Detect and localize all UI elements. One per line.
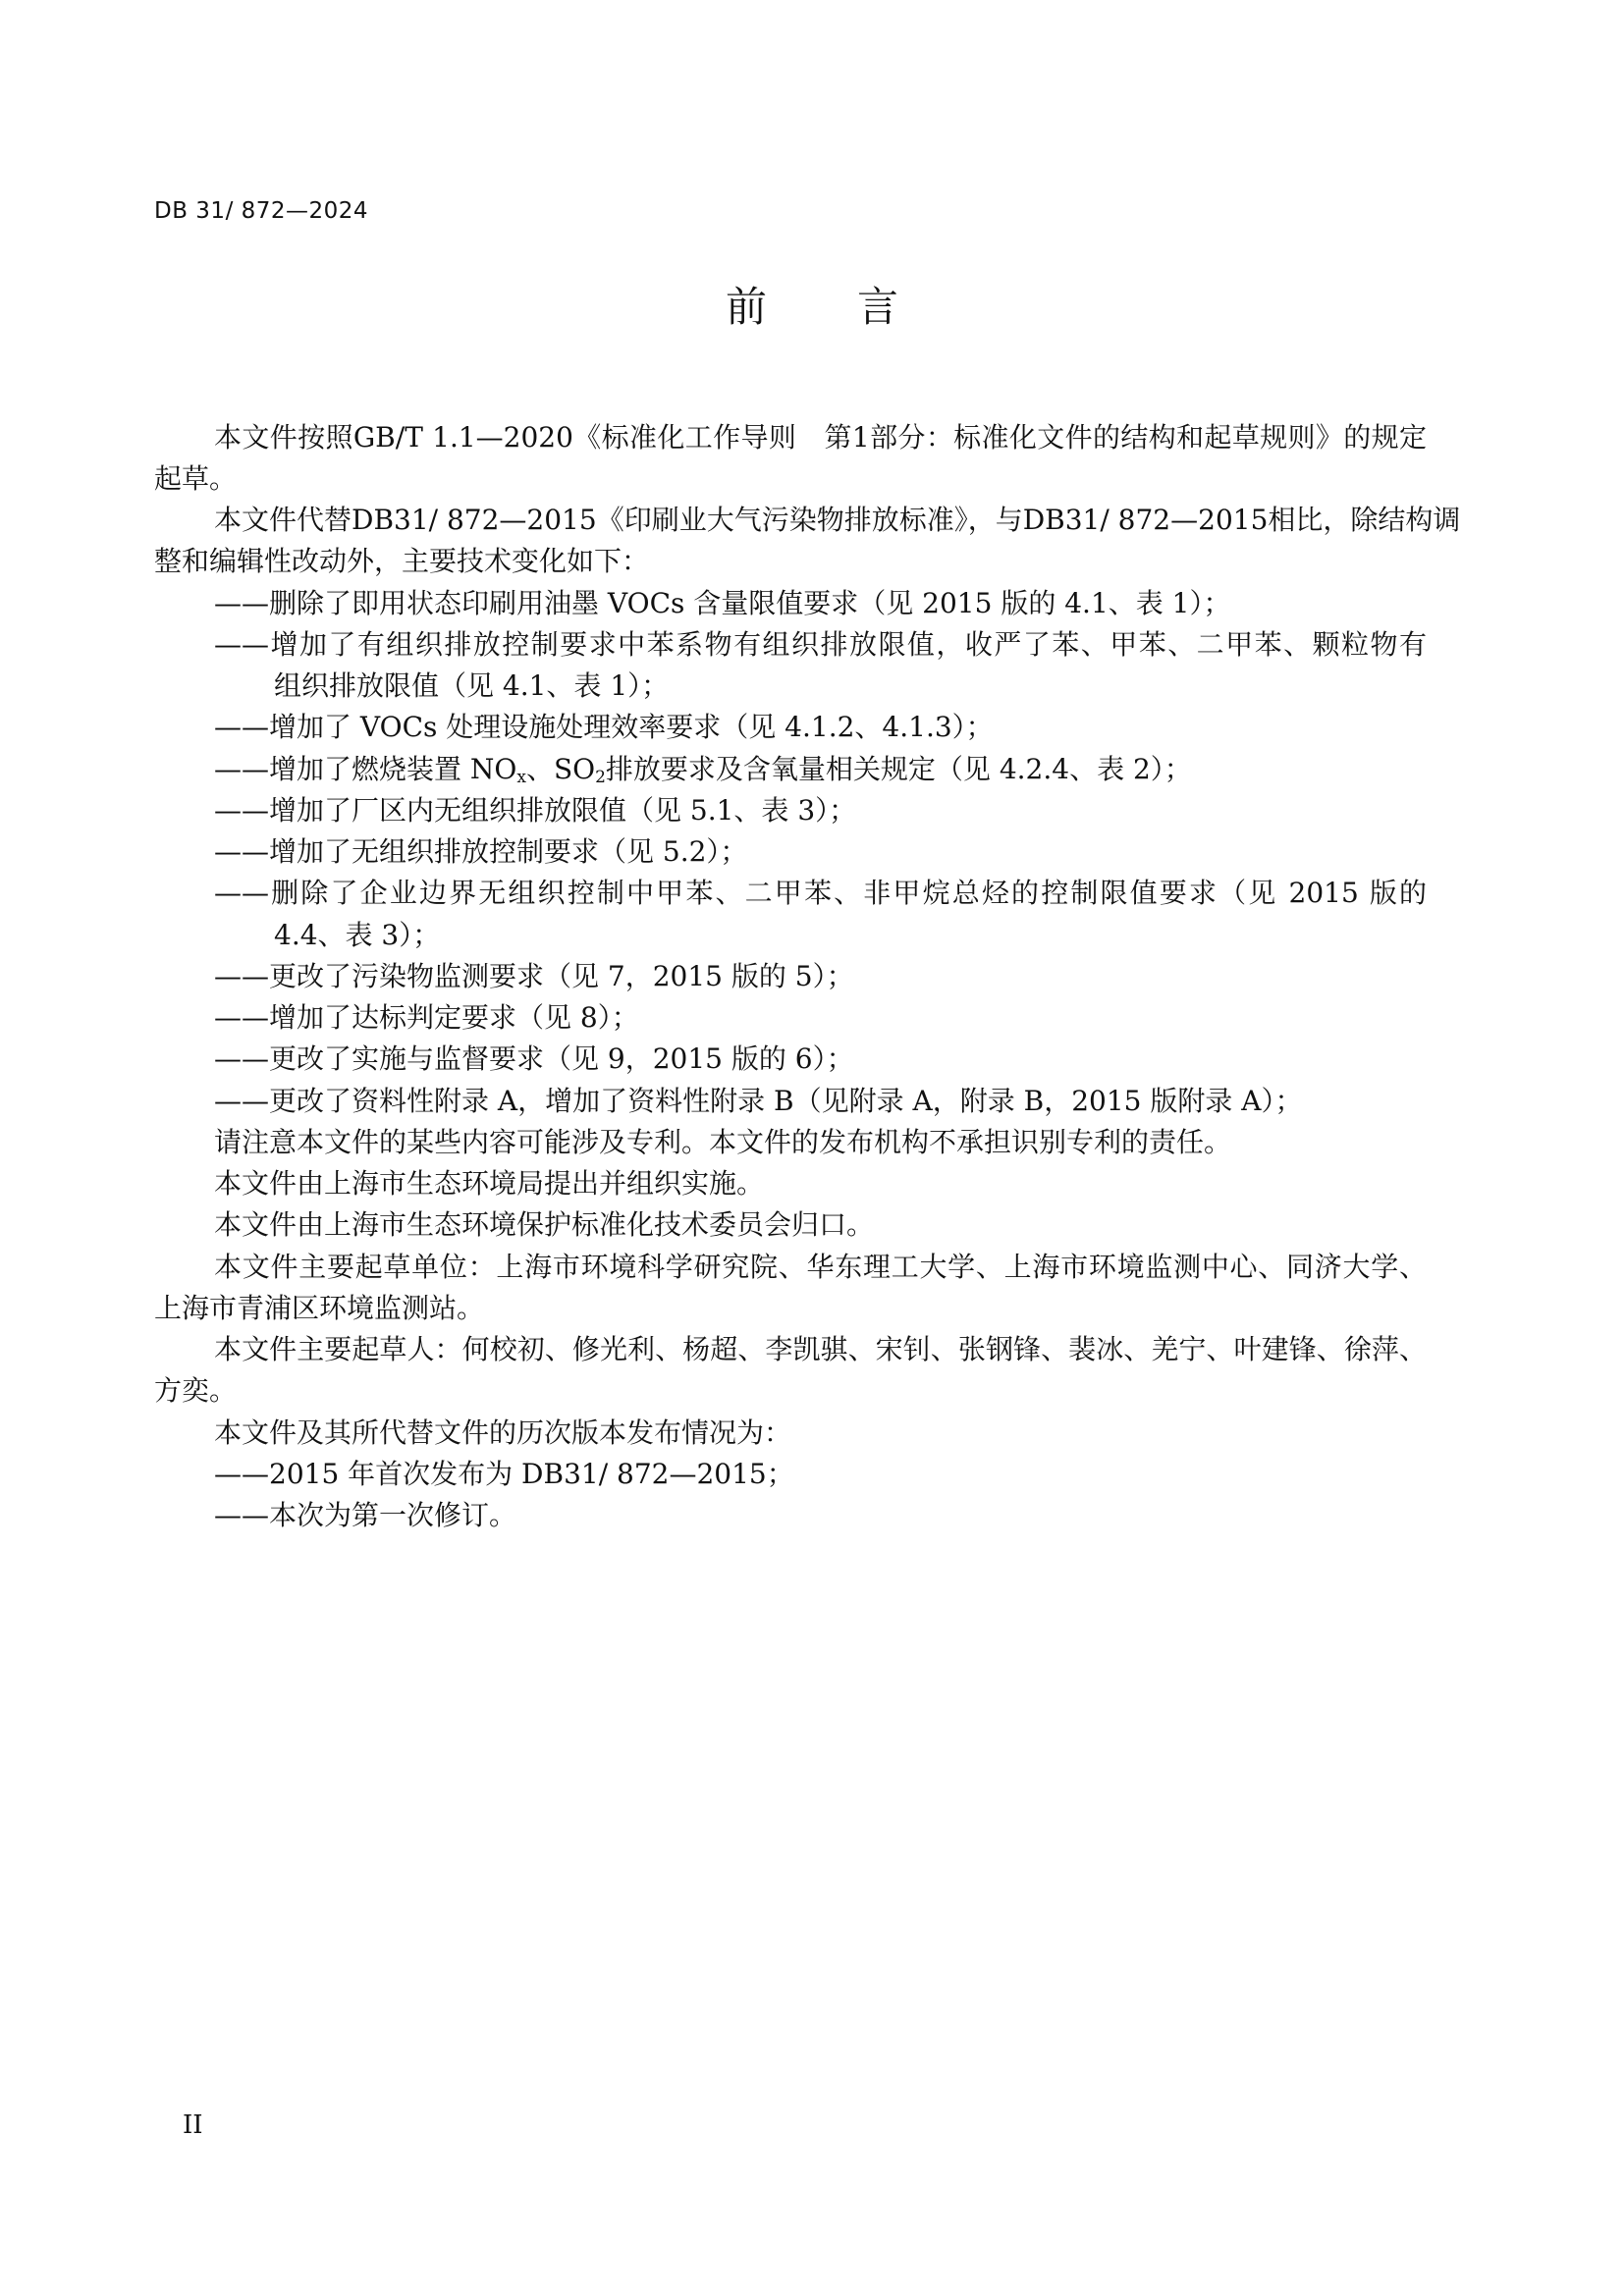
text-segment: 、SO (526, 753, 595, 785)
page-number: II (183, 2110, 203, 2140)
paragraph-line: 本文件代替DB31/ 872—2015《印刷业大气污染物排放标准》，与DB31/… (214, 503, 1427, 538)
change-list-item: ——增加了有组织排放控制要求中苯系物有组织排放限值，收严了苯、甲苯、二甲苯、颗粒… (214, 627, 1427, 663)
document-page: DB 31/ 872—2024 前言 本文件按照GB/T 1.1—2020《标准… (0, 0, 1624, 2296)
drafting-units-continuation: 上海市青浦区环境监测站。 (154, 1291, 484, 1326)
drafters: 本文件主要起草人：何校初、修光利、杨超、李凯骐、宋钊、张钢锋、裴冰、羌宁、叶建锋… (214, 1332, 1427, 1367)
change-list-item: ——删除了企业边界无组织控制中甲苯、二甲苯、非甲烷总烃的控制限值要求（见 201… (214, 876, 1427, 911)
document-code-header: DB 31/ 872—2024 (154, 198, 368, 224)
change-list-item: ——增加了达标判定要求（见 8）； (214, 1000, 639, 1036)
change-list-item: ——更改了资料性附录 A，增加了资料性附录 B（见附录 A，附录 B，2015 … (214, 1084, 1302, 1119)
page-title: 前言 (0, 283, 1624, 332)
change-list-item: ——增加了 VOCs 处理设施处理效率要求（见 4.1.2、4.1.3）； (214, 710, 994, 745)
title-char-1: 前 (726, 283, 767, 332)
title-char-2: 言 (857, 283, 898, 332)
change-list-item: ——增加了厂区内无组织排放限值（见 5.1、表 3）； (214, 793, 856, 828)
proposer-line: 本文件由上海市生态环境局提出并组织实施。 (214, 1166, 764, 1201)
change-list-item: ——增加了无组织排放控制要求（见 5.2）； (214, 834, 747, 870)
patent-notice: 请注意本文件的某些内容可能涉及专利。本文件的发布机构不承担识别专利的责任。 (214, 1125, 1231, 1160)
change-list-item: ——更改了污染物监测要求（见 7，2015 版的 5）； (214, 959, 854, 994)
committee-line: 本文件由上海市生态环境保护标准化技术委员会归口。 (214, 1207, 874, 1243)
subscript: x (516, 768, 526, 787)
text-segment: ——增加了燃烧装置 NO (214, 753, 516, 785)
version-history-item: ——本次为第一次修订。 (214, 1498, 516, 1533)
paragraph-line: 起草。 (154, 461, 237, 497)
version-history-intro: 本文件及其所代替文件的历次版本发布情况为： (214, 1415, 791, 1451)
version-history-item: ——2015 年首次发布为 DB31/ 872—2015； (214, 1457, 794, 1492)
change-list-item: ——删除了即用状态印刷用油墨 VOCs 含量限值要求（见 2015 版的 4.1… (214, 586, 1230, 621)
paragraph-line: 整和编辑性改动外，主要技术变化如下： (154, 544, 649, 579)
subscript: 2 (595, 768, 606, 787)
drafting-units: 本文件主要起草单位：上海市环境科学研究院、华东理工大学、上海市环境监测中心、同济… (214, 1250, 1427, 1285)
change-list-item: ——更改了实施与监督要求（见 9，2015 版的 6）； (214, 1041, 854, 1077)
text-segment: 排放要求及含氧量相关规定（见 4.2.4、表 2）； (606, 753, 1192, 785)
change-list-item-continuation: 组织排放限值（见 4.1、表 1）； (274, 668, 669, 704)
change-list-item-continuation: 4.4、表 3）； (274, 918, 440, 953)
paragraph-line: 本文件按照GB/T 1.1—2020《标准化工作导则 第1部分：标准化文件的结构… (214, 420, 1427, 455)
change-list-item: ——增加了燃烧装置 NOx、SO2排放要求及含氧量相关规定（见 4.2.4、表 … (214, 752, 1192, 787)
drafters-continuation: 方奕。 (154, 1373, 237, 1409)
